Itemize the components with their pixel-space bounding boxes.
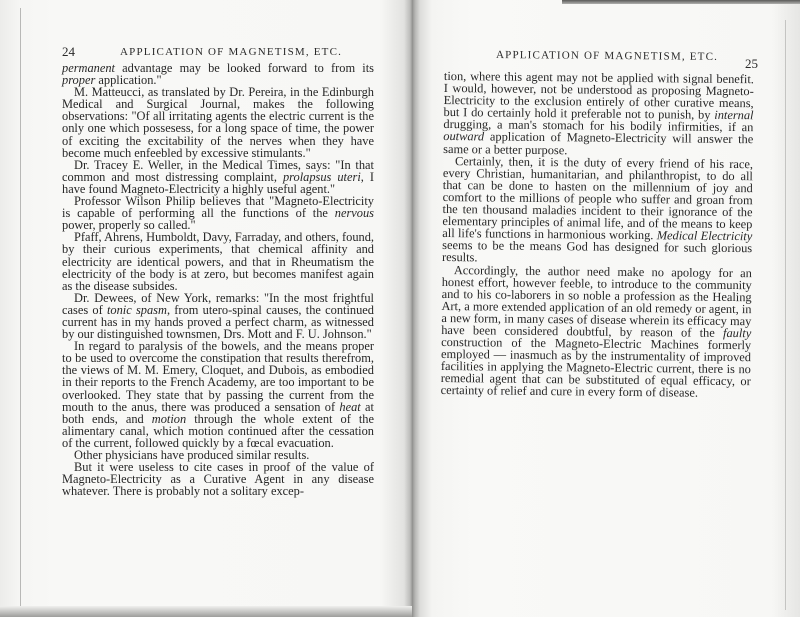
left-page-body: permanent advantage may be looked forwar… <box>62 62 374 497</box>
body-text: In regard to paralysis of the bowels, an… <box>62 339 374 413</box>
paragraph: But it were useless to cite cases in pro… <box>62 461 374 497</box>
paragraph: permanent advantage may be looked forwar… <box>62 62 374 86</box>
page-edge-right <box>785 20 786 610</box>
body-text: Professor Wilson Philip believes that "M… <box>62 194 374 220</box>
paragraph: Pfaff, Ahrens, Humboldt, Davy, Farraday,… <box>62 231 374 291</box>
paragraph: Accordingly, the author need make no apo… <box>441 263 752 399</box>
body-text: Accordingly, the author need make no apo… <box>441 263 752 340</box>
page-number-left: 24 <box>62 44 75 60</box>
paragraph: In regard to paralysis of the bowels, an… <box>62 340 374 449</box>
paragraph: Professor Wilson Philip believes that "M… <box>62 195 374 231</box>
page-edge-left <box>20 8 21 608</box>
body-text: tion, where this agent may not be applie… <box>443 69 754 122</box>
page-top-shadow <box>562 0 800 4</box>
body-text: But it were useless to cite cases in pro… <box>62 460 374 498</box>
italic-text: nervous <box>335 206 374 220</box>
body-text: application of Magneto-Electricity will … <box>443 130 753 157</box>
paragraph: Dr. Tracey E. Weller, in the Medical Tim… <box>62 159 374 195</box>
body-text: seems to be the means God has designed f… <box>442 238 752 264</box>
page-bottom-shadow <box>0 606 412 617</box>
running-head-right: APPLICATION OF MAGNETISM, ETC. <box>496 49 718 63</box>
body-text: M. Matteucci, as translated by Dr. Perei… <box>62 85 374 159</box>
paragraph: Certainly, then, it is the duty of every… <box>442 155 753 267</box>
running-head-left: APPLICATION OF MAGNETISM, ETC. <box>120 46 342 58</box>
body-text: construction of the Magneto-Electric Mac… <box>441 335 752 400</box>
paragraph: Dr. Dewees, of New York, remarks: "In th… <box>62 292 374 340</box>
body-text: Pfaff, Ahrens, Humboldt, Davy, Farraday,… <box>62 230 374 292</box>
paragraph: M. Matteucci, as translated by Dr. Perei… <box>62 86 374 159</box>
right-page-body: tion, where this agent may not be applie… <box>441 70 754 400</box>
left-page: 24 APPLICATION OF MAGNETISM, ETC. perman… <box>0 0 412 617</box>
paragraph: tion, where this agent may not be applie… <box>443 70 754 158</box>
book-spread: 24 APPLICATION OF MAGNETISM, ETC. perman… <box>0 0 800 617</box>
page-number-right: 25 <box>745 56 758 72</box>
